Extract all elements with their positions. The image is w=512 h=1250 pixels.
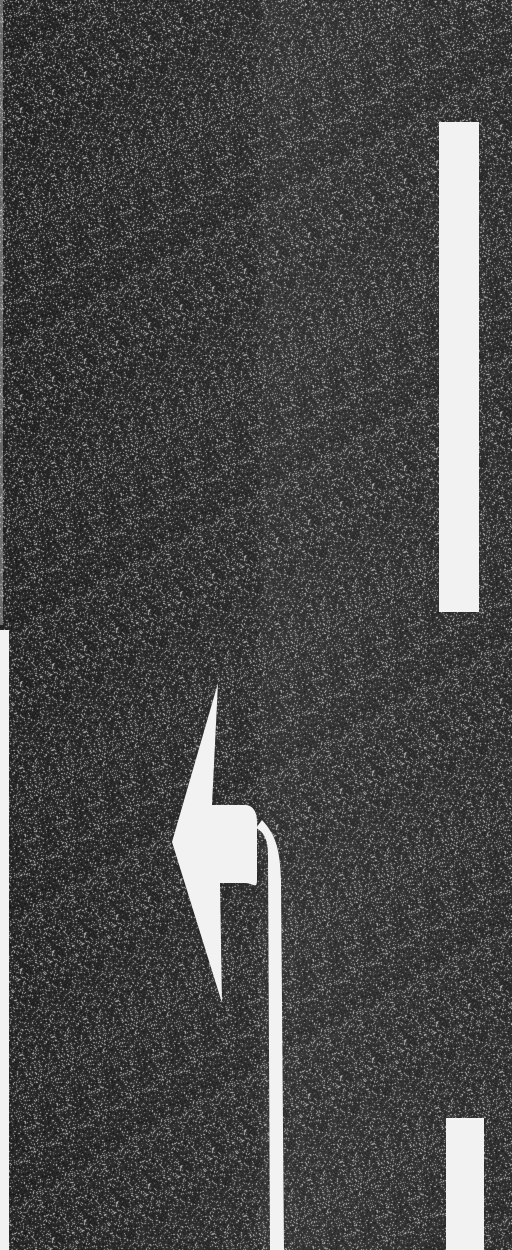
lane-dash-upper [439,122,479,612]
road-markings [0,0,512,1250]
center-solid-line [256,820,284,1250]
road-scene [0,0,512,1250]
lane-dash-lower [446,1118,484,1250]
left-edge-line-upper [0,0,3,625]
left-edge-line [0,630,9,1250]
left-turn-arrow-icon [172,683,257,1003]
